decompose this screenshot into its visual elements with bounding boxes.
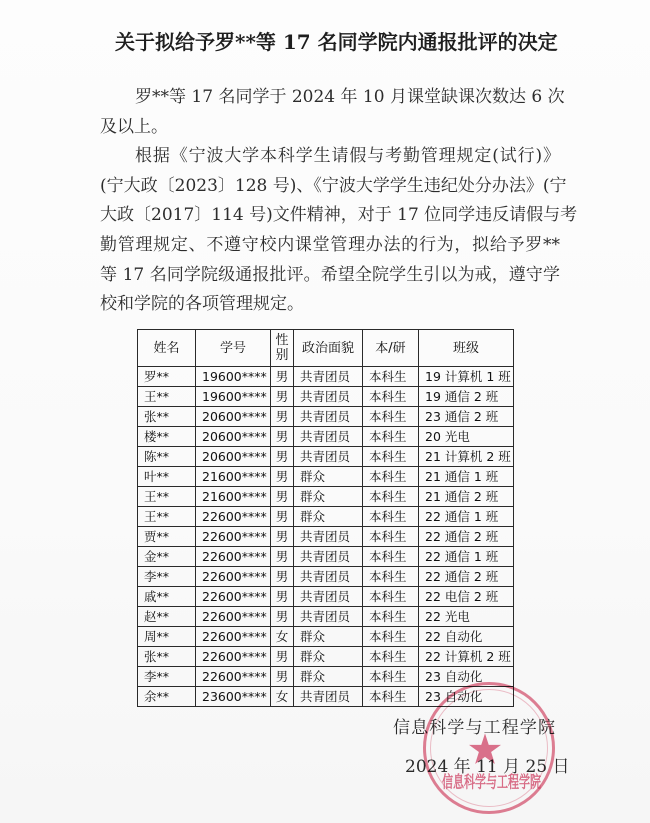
cell-name: 王** xyxy=(138,387,196,407)
cell-political-status: 共青团员 xyxy=(294,447,363,467)
cell-political-status: 群众 xyxy=(294,667,363,687)
cell-political-status: 共青团员 xyxy=(294,527,363,547)
cell-name: 周** xyxy=(138,627,196,647)
cell-level: 本科生 xyxy=(363,427,419,447)
cell-level: 本科生 xyxy=(363,627,419,647)
cell-class: 19 通信 2 班 xyxy=(419,387,514,407)
cell-student-id: 22600**** xyxy=(196,667,271,687)
cell-political-status: 共青团员 xyxy=(294,547,363,567)
paragraph-2-line-5: 等 17 名同学院级通报批评。希望全院学生引以为戒，遵守学 xyxy=(100,261,560,291)
header-gender: 性 别 xyxy=(271,330,294,367)
cell-student-id: 22600**** xyxy=(196,587,271,607)
cell-student-id: 22600**** xyxy=(196,527,271,547)
cell-political-status: 群众 xyxy=(294,467,363,487)
document-title: 关于拟给予罗**等 17 名同学院内通报批评的决定 xyxy=(115,29,545,55)
cell-level: 本科生 xyxy=(363,567,419,587)
header-name: 姓名 xyxy=(138,330,196,367)
table-row: 贾** 22600**** 男 共青团员 本科生 22 通信 2 班 xyxy=(138,527,514,547)
paragraph-2-line-4: 勤管理规定、不遵守校内课堂管理办法的行为，拟给予罗** xyxy=(100,231,560,261)
cell-political-status: 共青团员 xyxy=(294,587,363,607)
table-row: 余** 23600**** 女 共青团员 本科生 23 自动化 xyxy=(138,687,514,707)
cell-name: 罗** xyxy=(138,367,196,387)
table-row: 罗** 19600**** 男 共青团员 本科生 19 计算机 1 班 xyxy=(138,367,514,387)
cell-student-id: 22600**** xyxy=(196,547,271,567)
document-body: 罗**等 17 名同学于 2024 年 10 月课堂缺课次数达 6 次 及以上。… xyxy=(100,83,560,320)
cell-student-id: 21600**** xyxy=(196,467,271,487)
cell-level: 本科生 xyxy=(363,527,419,547)
header-student-id: 学号 xyxy=(196,330,271,367)
cell-name: 金** xyxy=(138,547,196,567)
cell-level: 本科生 xyxy=(363,467,419,487)
cell-political-status: 群众 xyxy=(294,627,363,647)
cell-student-id: 20600**** xyxy=(196,447,271,467)
cell-political-status: 共青团员 xyxy=(294,687,363,707)
cell-class: 22 通信 1 班 xyxy=(419,507,514,527)
cell-level: 本科生 xyxy=(363,647,419,667)
cell-student-id: 20600**** xyxy=(196,407,271,427)
cell-class: 23 自动化 xyxy=(419,667,514,687)
cell-name: 楼** xyxy=(138,427,196,447)
cell-level: 本科生 xyxy=(363,387,419,407)
cell-student-id: 22600**** xyxy=(196,607,271,627)
cell-political-status: 共青团员 xyxy=(294,607,363,627)
cell-name: 贾** xyxy=(138,527,196,547)
cell-gender: 男 xyxy=(271,507,294,527)
table-row: 王** 22600**** 男 群众 本科生 22 通信 1 班 xyxy=(138,507,514,527)
table-row: 金** 22600**** 男 共青团员 本科生 22 通信 1 班 xyxy=(138,547,514,567)
cell-class: 20 光电 xyxy=(419,427,514,447)
table-row: 赵** 22600**** 男 共青团员 本科生 22 光电 xyxy=(138,607,514,627)
cell-class: 22 电信 2 班 xyxy=(419,587,514,607)
cell-class: 22 计算机 2 班 xyxy=(419,647,514,667)
cell-class: 23 通信 2 班 xyxy=(419,407,514,427)
cell-level: 本科生 xyxy=(363,367,419,387)
table-row: 戚** 22600**** 男 共青团员 本科生 22 电信 2 班 xyxy=(138,587,514,607)
cell-gender: 男 xyxy=(271,587,294,607)
cell-gender: 男 xyxy=(271,407,294,427)
cell-gender: 男 xyxy=(271,547,294,567)
cell-level: 本科生 xyxy=(363,407,419,427)
cell-level: 本科生 xyxy=(363,607,419,627)
cell-student-id: 23600**** xyxy=(196,687,271,707)
cell-political-status: 共青团员 xyxy=(294,427,363,447)
header-class: 班级 xyxy=(419,330,514,367)
cell-student-id: 19600**** xyxy=(196,387,271,407)
cell-political-status: 共青团员 xyxy=(294,367,363,387)
cell-political-status: 群众 xyxy=(294,647,363,667)
cell-name: 李** xyxy=(138,567,196,587)
table-header-row: 姓名 学号 性 别 政治面貌 本/研 班级 xyxy=(138,330,514,367)
cell-gender: 男 xyxy=(271,607,294,627)
cell-name: 王** xyxy=(138,487,196,507)
cell-student-id: 22600**** xyxy=(196,507,271,527)
cell-name: 余** xyxy=(138,687,196,707)
cell-name: 李** xyxy=(138,667,196,687)
cell-level: 本科生 xyxy=(363,547,419,567)
signature-date: 2024 年 11 月 25 日 xyxy=(405,755,553,779)
cell-student-id: 20600**** xyxy=(196,427,271,447)
student-table-container: 姓名 学号 性 别 政治面貌 本/研 班级 罗** 19600**** 男 共青… xyxy=(137,329,514,707)
cell-name: 陈** xyxy=(138,447,196,467)
cell-student-id: 22600**** xyxy=(196,567,271,587)
cell-gender: 男 xyxy=(271,667,294,687)
header-level: 本/研 xyxy=(363,330,419,367)
cell-level: 本科生 xyxy=(363,687,419,707)
table-row: 楼** 20600**** 男 共青团员 本科生 20 光电 xyxy=(138,427,514,447)
cell-political-status: 共青团员 xyxy=(294,407,363,427)
paragraph-2-line-2: (宁大政〔2023〕128 号)、《宁波大学学生违纪处分办法》(宁 xyxy=(100,172,560,202)
cell-gender: 女 xyxy=(271,687,294,707)
cell-level: 本科生 xyxy=(363,667,419,687)
cell-political-status: 群众 xyxy=(294,507,363,527)
cell-gender: 男 xyxy=(271,487,294,507)
cell-gender: 男 xyxy=(271,567,294,587)
paragraph-2-line-3: 大政〔2017〕114 号)文件精神，对于 17 位同学违反请假与考 xyxy=(100,201,560,231)
table-row: 张** 22600**** 男 群众 本科生 22 计算机 2 班 xyxy=(138,647,514,667)
cell-name: 王** xyxy=(138,507,196,527)
cell-gender: 男 xyxy=(271,527,294,547)
cell-level: 本科生 xyxy=(363,507,419,527)
header-gender-line-1: 性 xyxy=(271,333,293,348)
cell-class: 23 自动化 xyxy=(419,687,514,707)
cell-class: 21 计算机 2 班 xyxy=(419,447,514,467)
cell-class: 21 通信 2 班 xyxy=(419,487,514,507)
cell-class: 22 光电 xyxy=(419,607,514,627)
cell-name: 戚** xyxy=(138,587,196,607)
header-political-status: 政治面貌 xyxy=(294,330,363,367)
cell-class: 22 通信 2 班 xyxy=(419,567,514,587)
cell-gender: 男 xyxy=(271,467,294,487)
cell-political-status: 共青团员 xyxy=(294,567,363,587)
cell-name: 赵** xyxy=(138,607,196,627)
cell-level: 本科生 xyxy=(363,587,419,607)
table-row: 王** 21600**** 男 群众 本科生 21 通信 2 班 xyxy=(138,487,514,507)
cell-student-id: 22600**** xyxy=(196,647,271,667)
cell-political-status: 共青团员 xyxy=(294,387,363,407)
table-row: 周** 22600**** 女 群众 本科生 22 自动化 xyxy=(138,627,514,647)
table-row: 张** 20600**** 男 共青团员 本科生 23 通信 2 班 xyxy=(138,407,514,427)
cell-name: 张** xyxy=(138,647,196,667)
paragraph-2-line-1: 根据《宁波大学本科学生请假与考勤管理规定(试行)》 xyxy=(100,142,560,172)
table-row: 李** 22600**** 男 共青团员 本科生 22 通信 2 班 xyxy=(138,567,514,587)
cell-name: 张** xyxy=(138,407,196,427)
paragraph-1-line-2: 及以上。 xyxy=(100,113,560,143)
table-row: 叶** 21600**** 男 群众 本科生 21 通信 1 班 xyxy=(138,467,514,487)
table-row: 王** 19600**** 男 共青团员 本科生 19 通信 2 班 xyxy=(138,387,514,407)
cell-class: 22 通信 2 班 xyxy=(419,527,514,547)
table-row: 陈** 20600**** 男 共青团员 本科生 21 计算机 2 班 xyxy=(138,447,514,467)
cell-gender: 女 xyxy=(271,627,294,647)
cell-name: 叶** xyxy=(138,467,196,487)
cell-gender: 男 xyxy=(271,647,294,667)
cell-class: 22 通信 1 班 xyxy=(419,547,514,567)
cell-student-id: 21600**** xyxy=(196,487,271,507)
cell-gender: 男 xyxy=(271,447,294,467)
cell-class: 22 自动化 xyxy=(419,627,514,647)
table-row: 李** 22600**** 男 群众 本科生 23 自动化 xyxy=(138,667,514,687)
cell-student-id: 19600**** xyxy=(196,367,271,387)
cell-level: 本科生 xyxy=(363,447,419,467)
cell-student-id: 22600**** xyxy=(196,627,271,647)
cell-gender: 男 xyxy=(271,367,294,387)
cell-level: 本科生 xyxy=(363,487,419,507)
cell-gender: 男 xyxy=(271,427,294,447)
cell-class: 21 通信 1 班 xyxy=(419,467,514,487)
cell-political-status: 群众 xyxy=(294,487,363,507)
header-gender-line-2: 别 xyxy=(271,348,293,363)
student-table: 姓名 学号 性 别 政治面貌 本/研 班级 罗** 19600**** 男 共青… xyxy=(137,329,514,707)
paragraph-1-line-1: 罗**等 17 名同学于 2024 年 10 月课堂缺课次数达 6 次 xyxy=(100,83,560,113)
cell-class: 19 计算机 1 班 xyxy=(419,367,514,387)
signature-department: 信息科学与工程学院 xyxy=(393,716,555,740)
cell-gender: 男 xyxy=(271,387,294,407)
paragraph-2-line-6: 校和学院的各项管理规定。 xyxy=(100,290,560,320)
